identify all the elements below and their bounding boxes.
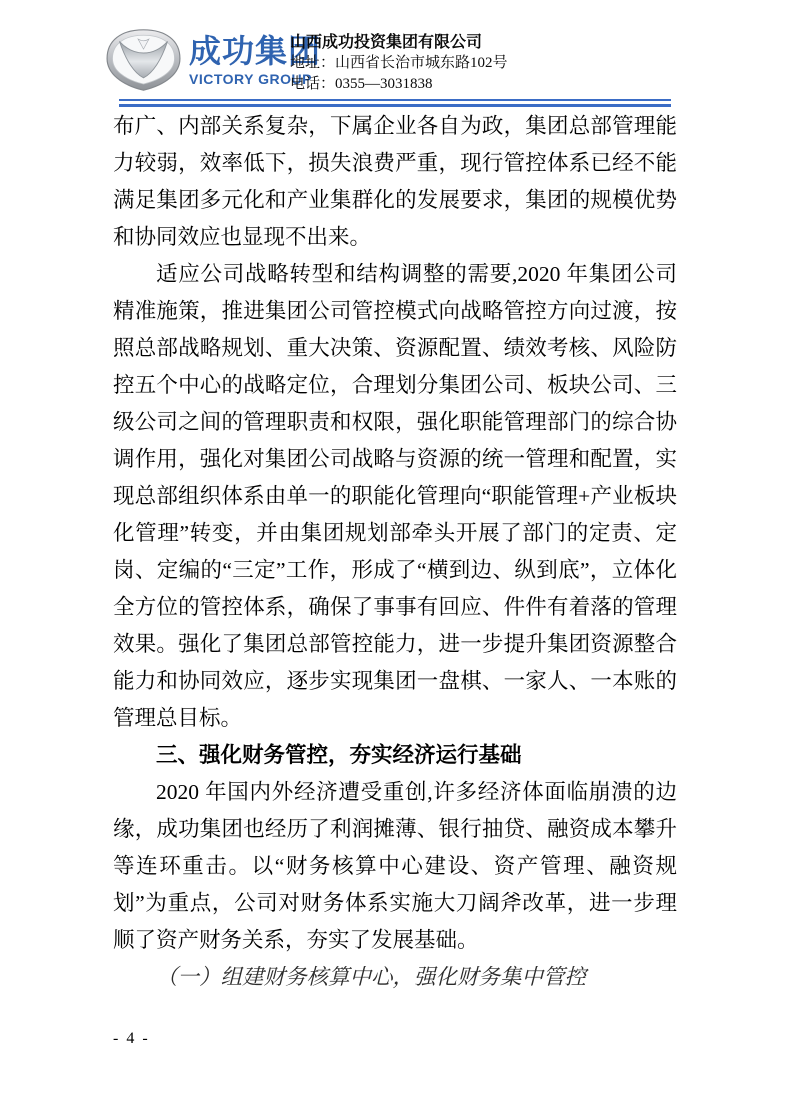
document-page: 成功集团 VICTORY GROUP 山西成功投资集团有限公司 地址：山西省长治… bbox=[0, 0, 790, 1118]
letterhead: 成功集团 VICTORY GROUP 山西成功投资集团有限公司 地址：山西省长治… bbox=[0, 0, 790, 100]
paragraph: 适应公司战略转型和结构调整的需要,2020 年集团公司精准施策，推进集团公司管控… bbox=[113, 256, 677, 737]
page-number: - 4 - bbox=[113, 1030, 150, 1048]
paragraph: 2020 年国内外经济遭受重创,许多经济体面临崩溃的边缘，成功集团也经历了利润摊… bbox=[113, 774, 677, 959]
brand-name-english: VICTORY GROUP bbox=[189, 71, 289, 87]
subsection-heading: （一）组建财务核算中心，强化财务集中管控 bbox=[113, 959, 677, 996]
company-info: 山西成功投资集团有限公司 地址：山西省长治市城东路102号 电话：0355—30… bbox=[290, 33, 508, 95]
victory-group-logo-icon bbox=[104, 29, 183, 91]
company-address: 地址：山西省长治市城东路102号 bbox=[290, 53, 508, 74]
brand-block: 成功集团 VICTORY GROUP bbox=[189, 33, 289, 87]
company-phone: 电话：0355—3031838 bbox=[290, 74, 508, 95]
document-body: 布广、内部关系复杂，下属企业各自为政，集团总部管理能力较弱，效率低下，损失浪费严… bbox=[113, 108, 677, 996]
header-divider bbox=[119, 99, 671, 107]
paragraph: 布广、内部关系复杂，下属企业各自为政，集团总部管理能力较弱，效率低下，损失浪费严… bbox=[113, 108, 677, 256]
section-heading: 三、强化财务管控，夯实经济运行基础 bbox=[113, 737, 677, 774]
brand-name-chinese: 成功集团 bbox=[189, 33, 289, 69]
company-name: 山西成功投资集团有限公司 bbox=[290, 33, 508, 53]
